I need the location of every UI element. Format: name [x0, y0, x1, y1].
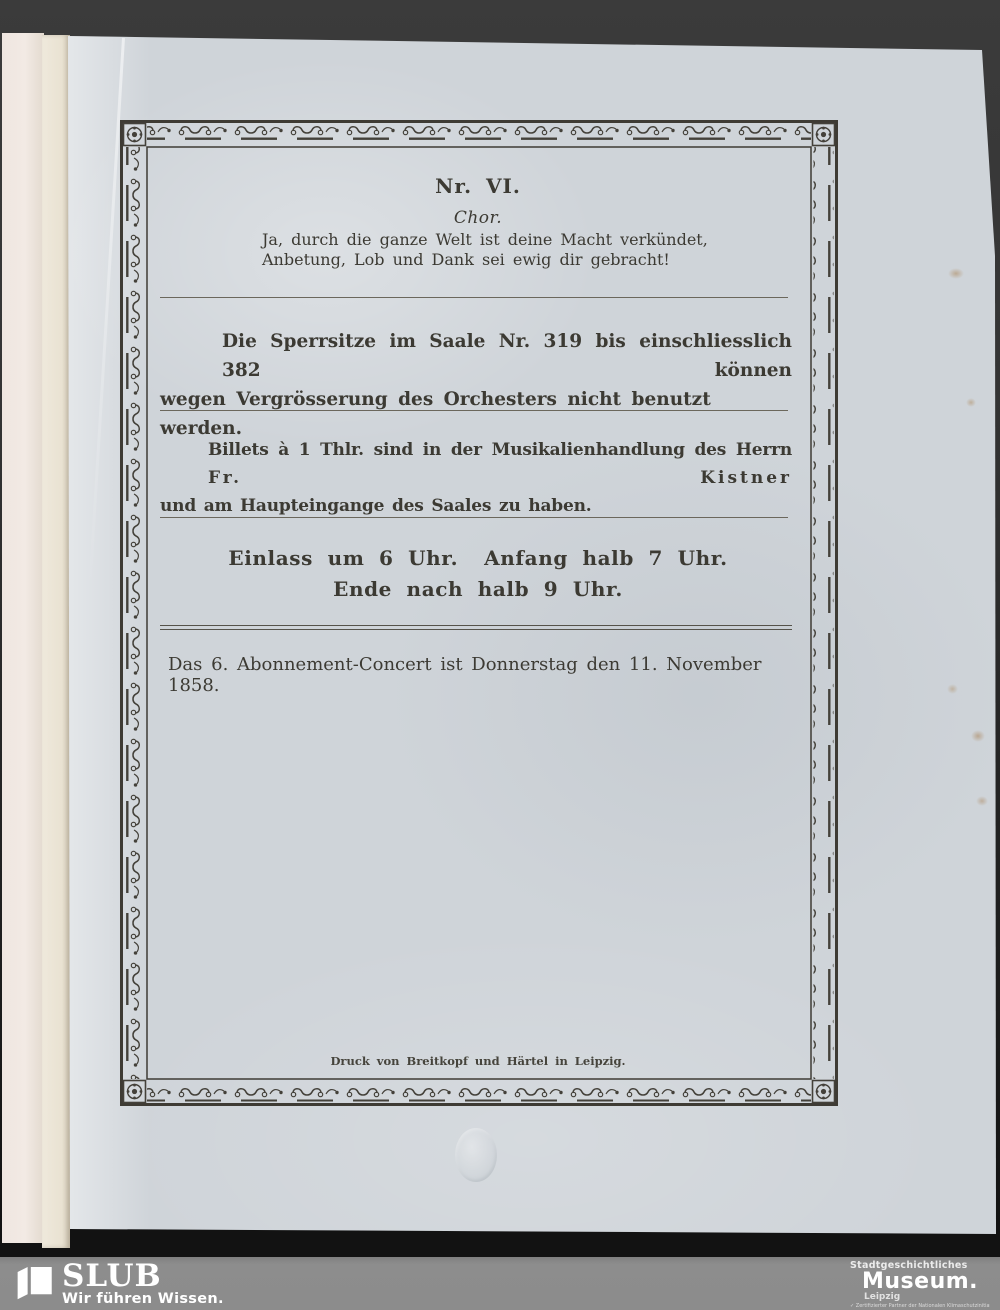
- museum-certification: ✓ Zertifizierter Partner der Nationalen …: [850, 1303, 990, 1309]
- seats-notice-line: Die Sperrsitze im Saale Nr. 319 bis eins…: [160, 327, 792, 385]
- chorus-verse: Ja, durch die ganze Welt ist deine Macht…: [262, 230, 732, 270]
- number-heading: Nr. VI.: [150, 174, 806, 198]
- museum-wordmark: Museum.: [862, 1271, 990, 1292]
- admission-times-line: Einlass um 6 Uhr.Anfang halb 7 Uhr.: [150, 546, 806, 570]
- admission-entry-time: Einlass um 6 Uhr.: [228, 546, 458, 570]
- scan-viewer: Nr. VI. Chor. Ja, durch die ganze Welt i…: [0, 0, 1000, 1310]
- printer-imprint: Druck von Breitkopf und Härtel in Leipzi…: [150, 1054, 806, 1068]
- open-book-icon: [14, 1263, 54, 1301]
- separator-rule: [160, 297, 788, 298]
- seller-name: Fr. Kistner: [208, 468, 792, 488]
- double-separator-rule: [160, 625, 792, 630]
- tickets-notice: Billets à 1 Thlr. sind in der Musikalien…: [160, 436, 792, 520]
- seats-notice: Die Sperrsitze im Saale Nr. 319 bis eins…: [160, 327, 792, 443]
- branding-footer: SLUB Wir führen Wissen. Stadtgeschichtli…: [0, 1257, 1000, 1310]
- embossed-library-stamp: [455, 1128, 497, 1182]
- next-concert-announcement: Das 6. Abonnement-Concert ist Donnerstag…: [168, 654, 808, 696]
- fox-stain: [976, 796, 988, 806]
- museum-logo: Stadtgeschichtliches Museum. Leipzig ✓ Z…: [850, 1260, 990, 1309]
- tickets-notice-line: Billets à 1 Thlr. sind in der Musikalien…: [160, 436, 792, 492]
- admission-end-time: Ende nach halb 9 Uhr.: [150, 577, 806, 601]
- tickets-notice-line: und am Haupteingange des Saales zu haben…: [160, 492, 792, 520]
- verse-line: Anbetung, Lob und Dank sei ewig dir gebr…: [262, 250, 732, 270]
- fox-stain: [947, 684, 958, 694]
- slub-wordmark: SLUB: [62, 1261, 162, 1291]
- book-page-edge-facing: [42, 35, 70, 1248]
- separator-rule: [160, 410, 788, 411]
- fox-stain: [971, 730, 985, 742]
- playbill-page: Nr. VI. Chor. Ja, durch die ganze Welt i…: [66, 36, 996, 1234]
- separator-rule: [160, 517, 788, 518]
- tickets-text: Billets à 1 Thlr. sind in der Musikalien…: [208, 440, 792, 460]
- fox-stain: [966, 398, 976, 407]
- fox-stain: [948, 268, 964, 279]
- seats-notice-line: wegen Vergrösserung des Orchesters nicht…: [160, 385, 792, 443]
- book-page-edge-under: [2, 33, 44, 1243]
- slub-tagline: Wir führen Wissen.: [62, 1291, 224, 1307]
- verse-line: Ja, durch die ganze Welt ist deine Macht…: [262, 230, 732, 250]
- genre-heading: Chor.: [150, 208, 806, 228]
- admission-start-time: Anfang halb 7 Uhr.: [484, 546, 727, 570]
